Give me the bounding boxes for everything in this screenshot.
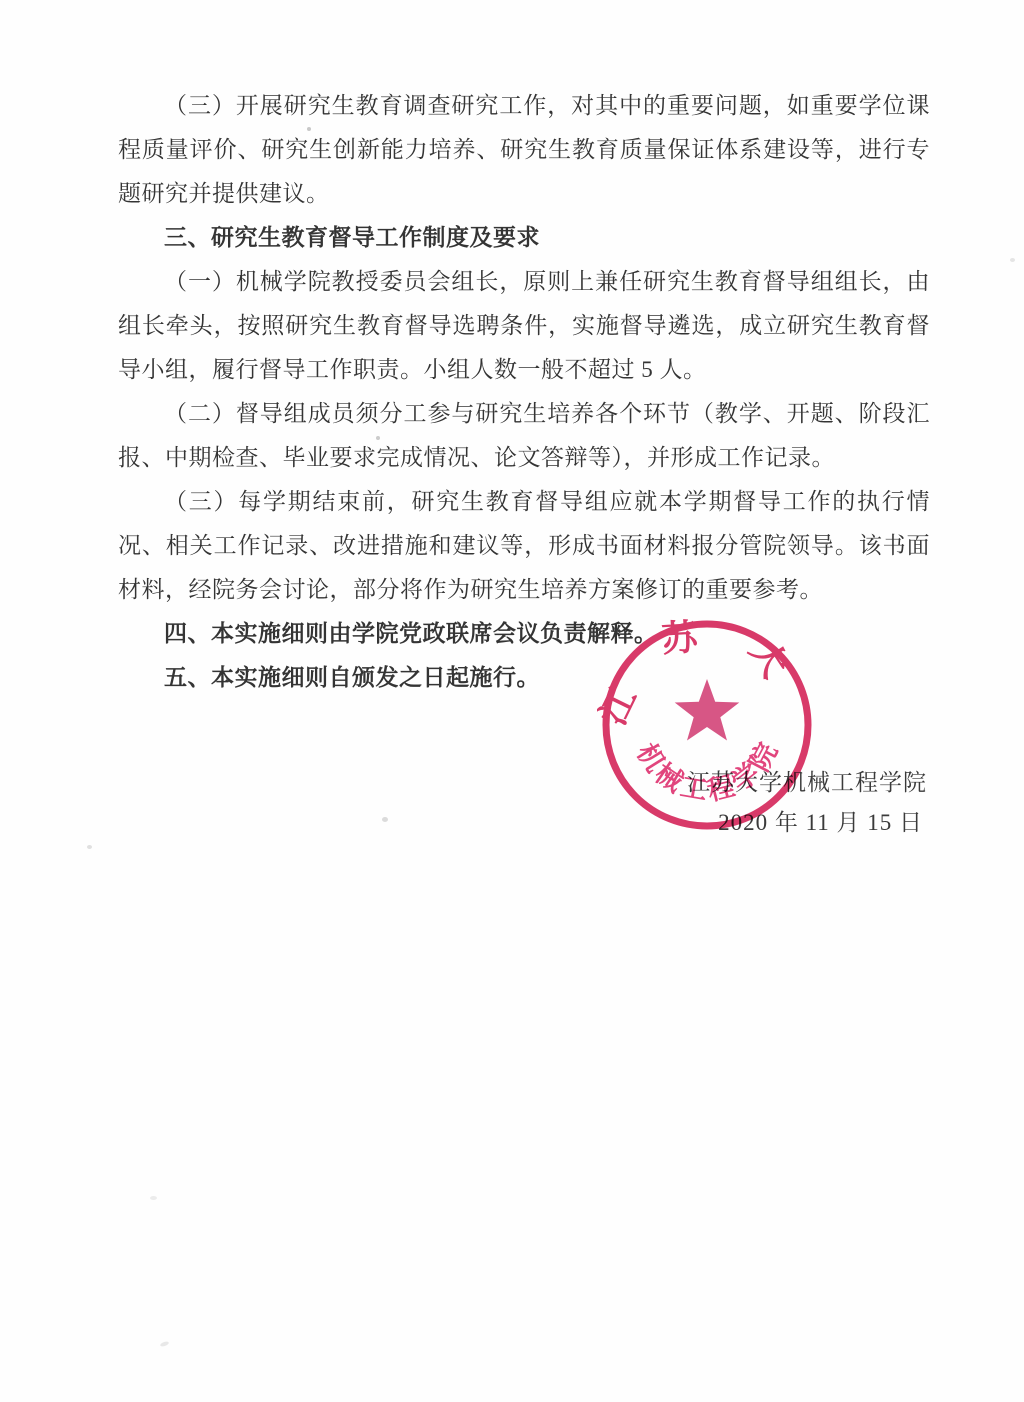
scan-speck <box>1010 258 1015 262</box>
document-body: （三）开展研究生教育调查研究工作，对其中的重要问题，如重要学位课程质量评价、研究… <box>118 84 930 700</box>
paragraph-item-2-members: （二）督导组成员须分工参与研究生培养各个环节（教学、开题、阶段汇报、中期检查、毕… <box>118 392 930 480</box>
paragraph-item-3-survey: （三）开展研究生教育调查研究工作，对其中的重要问题，如重要学位课程质量评价、研究… <box>118 84 930 216</box>
scan-speck <box>150 1196 157 1200</box>
signature-organization: 江苏大学机械工程学院 <box>687 763 927 803</box>
scan-speck <box>160 1341 170 1348</box>
document-page: （三）开展研究生教育调查研究工作，对其中的重要问题，如重要学位课程质量评价、研究… <box>0 0 1024 1402</box>
scan-speck <box>87 845 92 849</box>
section-heading-5: 五、本实施细则自颁发之日起施行。 <box>118 656 930 700</box>
paragraph-item-3-semester-report: （三）每学期结束前，研究生教育督导组应就本学期督导工作的执行情况、相关工作记录、… <box>118 480 930 612</box>
scan-speck <box>376 436 380 440</box>
paragraph-item-1-group-leader: （一）机械学院教授委员会组长，原则上兼任研究生教育督导组组长，由组长牵头，按照研… <box>118 260 930 392</box>
signature-block: 江苏大学机械工程学院 2020 年 11 月 15 日 <box>687 763 927 843</box>
section-heading-4: 四、本实施细则由学院党政联席会议负责解释。 <box>118 612 930 656</box>
section-heading-3: 三、研究生教育督导工作制度及要求 <box>118 216 930 260</box>
signature-date: 2020 年 11 月 15 日 <box>687 803 927 843</box>
scan-speck <box>382 817 388 822</box>
scan-speck <box>307 127 311 131</box>
